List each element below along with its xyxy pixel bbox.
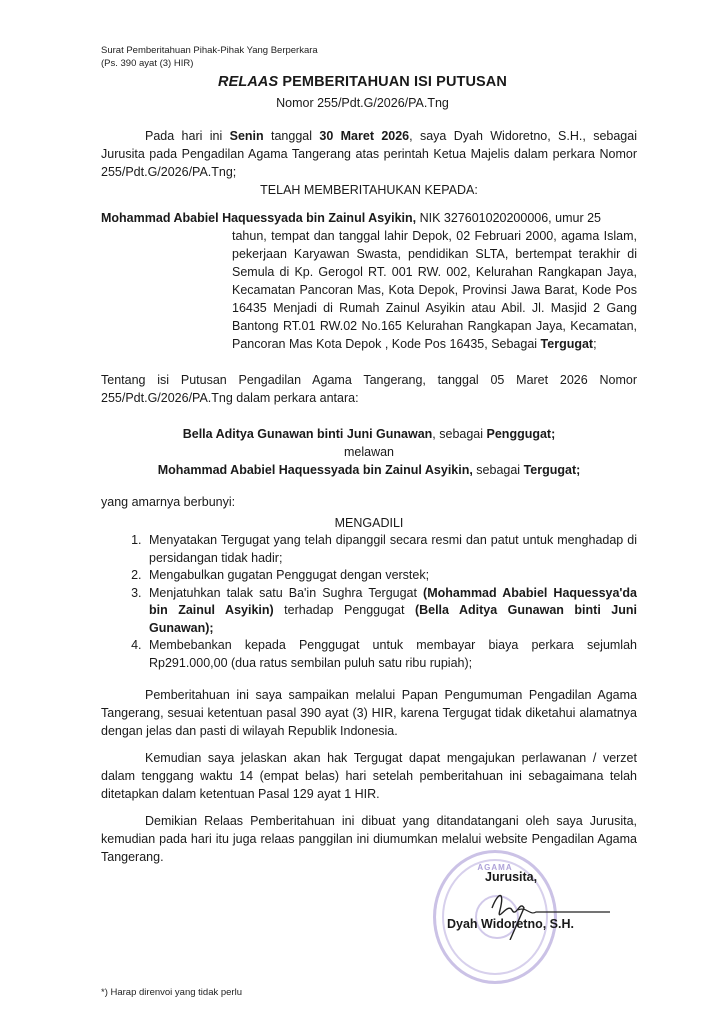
parties-block: Bella Aditya Gunawan binti Juni Gunawan,…	[101, 425, 637, 479]
telah-memberitahukan-heading: TELAH MEMBERITAHUKAN KEPADA:	[101, 181, 637, 199]
verdict-item: Menjatuhkan talak satu Ba'in Sughra Terg…	[145, 585, 637, 638]
versus-label: melawan	[101, 443, 637, 461]
defendant-line: Mohammad Ababiel Haquessyada bin Zainul …	[101, 461, 637, 479]
verdict-list: Menyatakan Tergugat yang telah dipanggil…	[101, 532, 637, 672]
announcement-paragraph: Pemberitahuan ini saya sampaikan melalui…	[101, 686, 637, 740]
recipient-name: Mohammad Ababiel Haquessyada bin Zainul …	[101, 211, 416, 225]
footnote: *) Harap direnvoi yang tidak perlu	[101, 987, 242, 998]
case-number: Nomor 255/Pdt.G/2026/PA.Tng	[0, 96, 725, 110]
verdict-item: Mengabulkan gugatan Penggugat dengan ver…	[145, 567, 637, 585]
document-title: RELAAS PEMBERITAHUAN ISI PUTUSAN	[0, 74, 725, 90]
verdict-item: Menyatakan Tergugat yang telah dipanggil…	[145, 532, 637, 567]
handwritten-signature	[470, 880, 610, 940]
form-title: Surat Pemberitahuan Pihak-Pihak Yang Ber…	[101, 44, 318, 57]
opening-paragraph: Pada hari ini Senin tanggal 30 Maret 202…	[101, 127, 637, 181]
amar-intro: yang amarnya berbunyi:	[101, 493, 637, 511]
plaintiff-line: Bella Aditya Gunawan binti Juni Gunawan,…	[101, 425, 637, 443]
mengadili-heading: MENGADILI	[101, 514, 637, 532]
verdict-item: Membebankan kepada Penggugat untuk memba…	[145, 637, 637, 672]
signer-name: Dyah Widoretno, S.H.	[447, 917, 574, 931]
closing-paragraph: Demikian Relaas Pemberitahuan ini dibuat…	[101, 812, 637, 866]
recipient-details: tahun, tempat dan tanggal lahir Depok, 0…	[232, 227, 637, 353]
form-reference: (Ps. 390 ayat (3) HIR)	[101, 57, 318, 70]
verzet-paragraph: Kemudian saya jelaskan akan hak Tergugat…	[101, 749, 637, 803]
document-page: Surat Pemberitahuan Pihak-Pihak Yang Ber…	[0, 0, 725, 1024]
form-header: Surat Pemberitahuan Pihak-Pihak Yang Ber…	[101, 44, 318, 70]
recipient-block: Mohammad Ababiel Haquessyada bin Zainul …	[101, 209, 637, 353]
tentang-paragraph: Tentang isi Putusan Pengadilan Agama Tan…	[101, 371, 637, 407]
